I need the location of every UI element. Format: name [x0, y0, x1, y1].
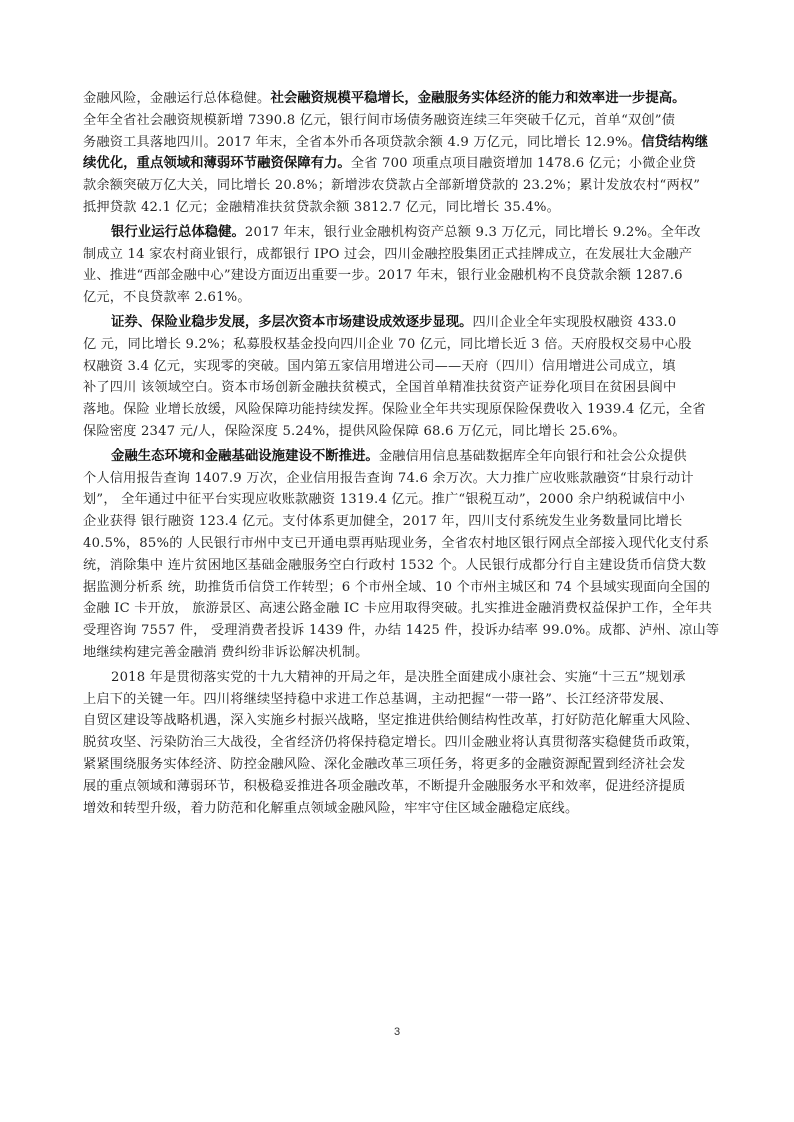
text-line: 自贸区建设等战略机遇，深入实施乡村振兴战略，坚定推进供给侧结构性改革，打好防范化…: [83, 710, 713, 732]
text-line: 亿元，不良贷款率 2.61%。: [83, 287, 713, 309]
body-text: 展的重点领域和薄弱环节，积极稳妥推进各项金融改革，不断提升金融服务水平和效率，促…: [83, 779, 685, 794]
body-text: 款余额突破万亿大关，同比增长 20.8%；新增涉农贷款占全部新增贷款的 23.2…: [83, 178, 700, 193]
text-line: 权融资 3.4 亿元，实现零的突破。国内第五家信用增进公司——天府（四川）信用增…: [83, 356, 713, 378]
body-text: 企业获得 银行融资 123.4 亿元。支付体系更加健全，2017 年，四川支付系…: [83, 514, 682, 529]
text-line: 上启下的关键一年。四川将继续坚持稳中求进工作总基调，主动把握“一带一路”、长江经…: [83, 689, 713, 711]
text-line: 紧紧围绕服务实体经济、防控金融风险、深化金融改革三项任务，将更多的金融资源配置到…: [83, 754, 713, 776]
body-text: 落地。保险 业增长放缓，风险保障功能持续发挥。保险业全年共实现原保险保费收入 1…: [83, 402, 706, 417]
document-page: 金融风险，金融运行总体稳健。社会融资规模平稳增长，金融服务实体经济的能力和效率进…: [83, 88, 713, 822]
document-body: 金融风险，金融运行总体稳健。社会融资规模平稳增长，金融服务实体经济的能力和效率进…: [83, 88, 713, 819]
paragraph: 金融生态环境和金融基础设施建设不断推进。金融信用信息基础数据库全年向银行和社会公…: [83, 446, 713, 664]
body-text: 脱贫攻坚、污染防治三大战役，全省经济仍将保持稳定增长。四川金融业将认真贯彻落实稳…: [83, 735, 699, 750]
text-line: 地继续构建完善金融消 费纠纷非诉讼解决机制。: [83, 642, 713, 664]
body-text: 金融 IC 卡开放， 旅游景区、高速公路金融 IC 卡应用取得突破。扎实推进金融…: [83, 601, 712, 616]
text-line: 划”， 全年通过中征平台实现应收账款融资 1319.4 亿元。推广“银税互动”，…: [83, 489, 713, 511]
text-line: 务融资工具落地四川。2017 年末，全省本外币各项贷款余额 4.9 万亿元，同比…: [83, 132, 713, 154]
text-line: 补了四川 该领域空白。资本市场创新金融扶贫模式，全国首单精准扶贫资产证券化项目在…: [83, 377, 713, 399]
body-text: 补了四川 该领域空白。资本市场创新金融扶贫模式，全国首单精准扶贫资产证券化项目在…: [83, 380, 676, 395]
bold-heading-text: 证券、保险业稳步发展，多层次资本市场建设成效逐步显现。: [111, 315, 473, 330]
body-text: 地继续构建完善金融消 费纠纷非诉讼解决机制。: [83, 645, 369, 660]
body-text: 统，消除集中 连片贫困地区基础金融服务空白行政村 1532 个。人民银行成都分行…: [83, 558, 706, 573]
body-text: 亿 元，同比增长 9.2%；私募股权基金投向四川企业 70 亿元，同比增长近 3…: [83, 337, 692, 352]
body-text: 金融信用信息基础数据库全年向银行和社会公众提供: [379, 449, 687, 464]
body-text: 全年全省社会融资规模新增 7390.8 亿元，银行间市场债务融资连续三年突破千亿…: [83, 113, 675, 128]
body-text: 务融资工具落地四川。2017 年末，全省本外币各项贷款余额 4.9 万亿元，同比…: [83, 135, 641, 150]
text-line: 企业获得 银行融资 123.4 亿元。支付体系更加健全，2017 年，四川支付系…: [83, 511, 713, 533]
body-text: 划”， 全年通过中征平台实现应收账款融资 1319.4 亿元。推广“银税互动”，…: [83, 492, 685, 507]
text-line: 抵押贷款 42.1 亿元；金融精准扶贫贷款余额 3812.7 亿元，同比增长 3…: [83, 197, 713, 219]
text-line: 据监测分析系 统，助推货币信贷工作转型；6 个市州全域、10 个市州主城区和 7…: [83, 577, 713, 599]
body-text: 上启下的关键一年。四川将继续坚持稳中求进工作总基调，主动把握“一带一路”、长江经…: [83, 692, 673, 707]
body-text: 保险密度 2347 元/人，保险深度 5.24%，提供风险保障 68.6 万亿元…: [83, 424, 626, 439]
text-line: 银行业运行总体稳健。2017 年末，银行业金融机构资产总额 9.3 万亿元，同比…: [83, 222, 713, 244]
text-line: 受理咨询 7557 件， 受理消费者投诉 1439 件，办结 1425 件，投诉…: [83, 620, 713, 642]
body-text: 金融风险，金融运行总体稳健。: [83, 91, 270, 106]
body-text: 权融资 3.4 亿元，实现零的突破。国内第五家信用增进公司——天府（四川）信用增…: [83, 359, 676, 374]
text-line: 金融风险，金融运行总体稳健。社会融资规模平稳增长，金融服务实体经济的能力和效率进…: [83, 88, 713, 110]
body-text: 抵押贷款 42.1 亿元；金融精准扶贫贷款余额 3812.7 亿元，同比增长 3…: [83, 200, 560, 215]
text-line: 续优化，重点领域和薄弱环节融资保障有力。全省 700 项重点项目融资增加 147…: [83, 153, 713, 175]
text-line: 金融 IC 卡开放， 旅游景区、高速公路金融 IC 卡应用取得突破。扎实推进金融…: [83, 598, 713, 620]
body-text: 40.5%，85%的 人民银行市州中支已开通电票再贴现业务，全省农村地区银行网点…: [83, 536, 709, 551]
body-text: 自贸区建设等战略机遇，深入实施乡村振兴战略，坚定推进供给侧结构性改革，打好防范化…: [83, 713, 699, 728]
text-line: 脱贫攻坚、污染防治三大战役，全省经济仍将保持稳定增长。四川金融业将认真贯彻落实稳…: [83, 732, 713, 754]
text-line: 证券、保险业稳步发展，多层次资本市场建设成效逐步显现。四川企业全年实现股权融资 …: [83, 312, 713, 334]
paragraph: 金融风险，金融运行总体稳健。社会融资规模平稳增长，金融服务实体经济的能力和效率进…: [83, 88, 713, 219]
bold-heading-text: 社会融资规模平稳增长，金融服务实体经济的能力和效率进一步提高。: [270, 91, 685, 106]
text-line: 全年全省社会融资规模新增 7390.8 亿元，银行间市场债务融资连续三年突破千亿…: [83, 110, 713, 132]
bold-heading-text: 续优化，重点领域和薄弱环节融资保障有力。: [83, 156, 351, 171]
paragraph: 银行业运行总体稳健。2017 年末，银行业金融机构资产总额 9.3 万亿元，同比…: [83, 222, 713, 309]
body-text: 2018 年是贯彻落实党的十九大精神的开局之年，是决胜全面建成小康社会、实施“十…: [111, 670, 686, 685]
body-text: 紧紧围绕服务实体经济、防控金融风险、深化金融改革三项任务，将更多的金融资源配置到…: [83, 757, 685, 772]
bold-heading-text: 金融生态环境和金融基础设施建设不断推进。: [111, 449, 379, 464]
body-text: 据监测分析系 统，助推货币信贷工作转型；6 个市州全域、10 个市州主城区和 7…: [83, 580, 710, 595]
text-line: 展的重点领域和薄弱环节，积极稳妥推进各项金融改革，不断提升金融服务水平和效率，促…: [83, 776, 713, 798]
body-text: 制成立 14 家农村商业银行，成都银行 IPO 过会，四川金融控股集团正式挂牌成…: [83, 247, 692, 262]
text-line: 40.5%，85%的 人民银行市州中支已开通电票再贴现业务，全省农村地区银行网点…: [83, 533, 713, 555]
bold-heading-text: 信贷结构继: [641, 135, 708, 150]
text-line: 统，消除集中 连片贫困地区基础金融服务空白行政村 1532 个。人民银行成都分行…: [83, 555, 713, 577]
text-line: 亿 元，同比增长 9.2%；私募股权基金投向四川企业 70 亿元，同比增长近 3…: [83, 334, 713, 356]
body-text: 四川企业全年实现股权融资 433.0: [473, 315, 677, 330]
body-text: 受理咨询 7557 件， 受理消费者投诉 1439 件，办结 1425 件，投诉…: [83, 623, 719, 638]
page-number: 3: [0, 1026, 794, 1038]
bold-heading-text: 银行业运行总体稳健。: [111, 225, 245, 240]
text-line: 款余额突破万亿大关，同比增长 20.8%；新增涉农贷款占全部新增贷款的 23.2…: [83, 175, 713, 197]
body-text: 全省 700 项重点项目融资增加 1478.6 亿元；小微企业贷: [351, 156, 696, 171]
paragraph: 证券、保险业稳步发展，多层次资本市场建设成效逐步显现。四川企业全年实现股权融资 …: [83, 312, 713, 443]
text-line: 增效和转型升级，着力防范和化解重点领域金融风险，牢牢守住区域金融稳定底线。: [83, 798, 713, 820]
text-line: 2018 年是贯彻落实党的十九大精神的开局之年，是决胜全面建成小康社会、实施“十…: [83, 667, 713, 689]
text-line: 个人信用报告查询 1407.9 万次，企业信用报告查询 74.6 余万次。大力推…: [83, 468, 713, 490]
text-line: 金融生态环境和金融基础设施建设不断推进。金融信用信息基础数据库全年向银行和社会公…: [83, 446, 713, 468]
text-line: 落地。保险 业增长放缓，风险保障功能持续发挥。保险业全年共实现原保险保费收入 1…: [83, 399, 713, 421]
text-line: 制成立 14 家农村商业银行，成都银行 IPO 过会，四川金融控股集团正式挂牌成…: [83, 244, 713, 266]
body-text: 亿元，不良贷款率 2.61%。: [83, 290, 251, 305]
body-text: 个人信用报告查询 1407.9 万次，企业信用报告查询 74.6 余万次。大力推…: [83, 471, 694, 486]
body-text: 2017 年末，银行业金融机构资产总额 9.3 万亿元，同比增长 9.2%。全年…: [245, 225, 701, 240]
body-text: 业、推进“西部金融中心”建设方面迈出重要一步。2017 年末，银行业金融机构不良…: [83, 268, 683, 283]
body-text: 增效和转型升级，着力防范和化解重点领域金融风险，牢牢守住区域金融稳定底线。: [83, 801, 578, 816]
paragraph: 2018 年是贯彻落实党的十九大精神的开局之年，是决胜全面建成小康社会、实施“十…: [83, 667, 713, 820]
text-line: 保险密度 2347 元/人，保险深度 5.24%，提供风险保障 68.6 万亿元…: [83, 421, 713, 443]
text-line: 业、推进“西部金融中心”建设方面迈出重要一步。2017 年末，银行业金融机构不良…: [83, 265, 713, 287]
